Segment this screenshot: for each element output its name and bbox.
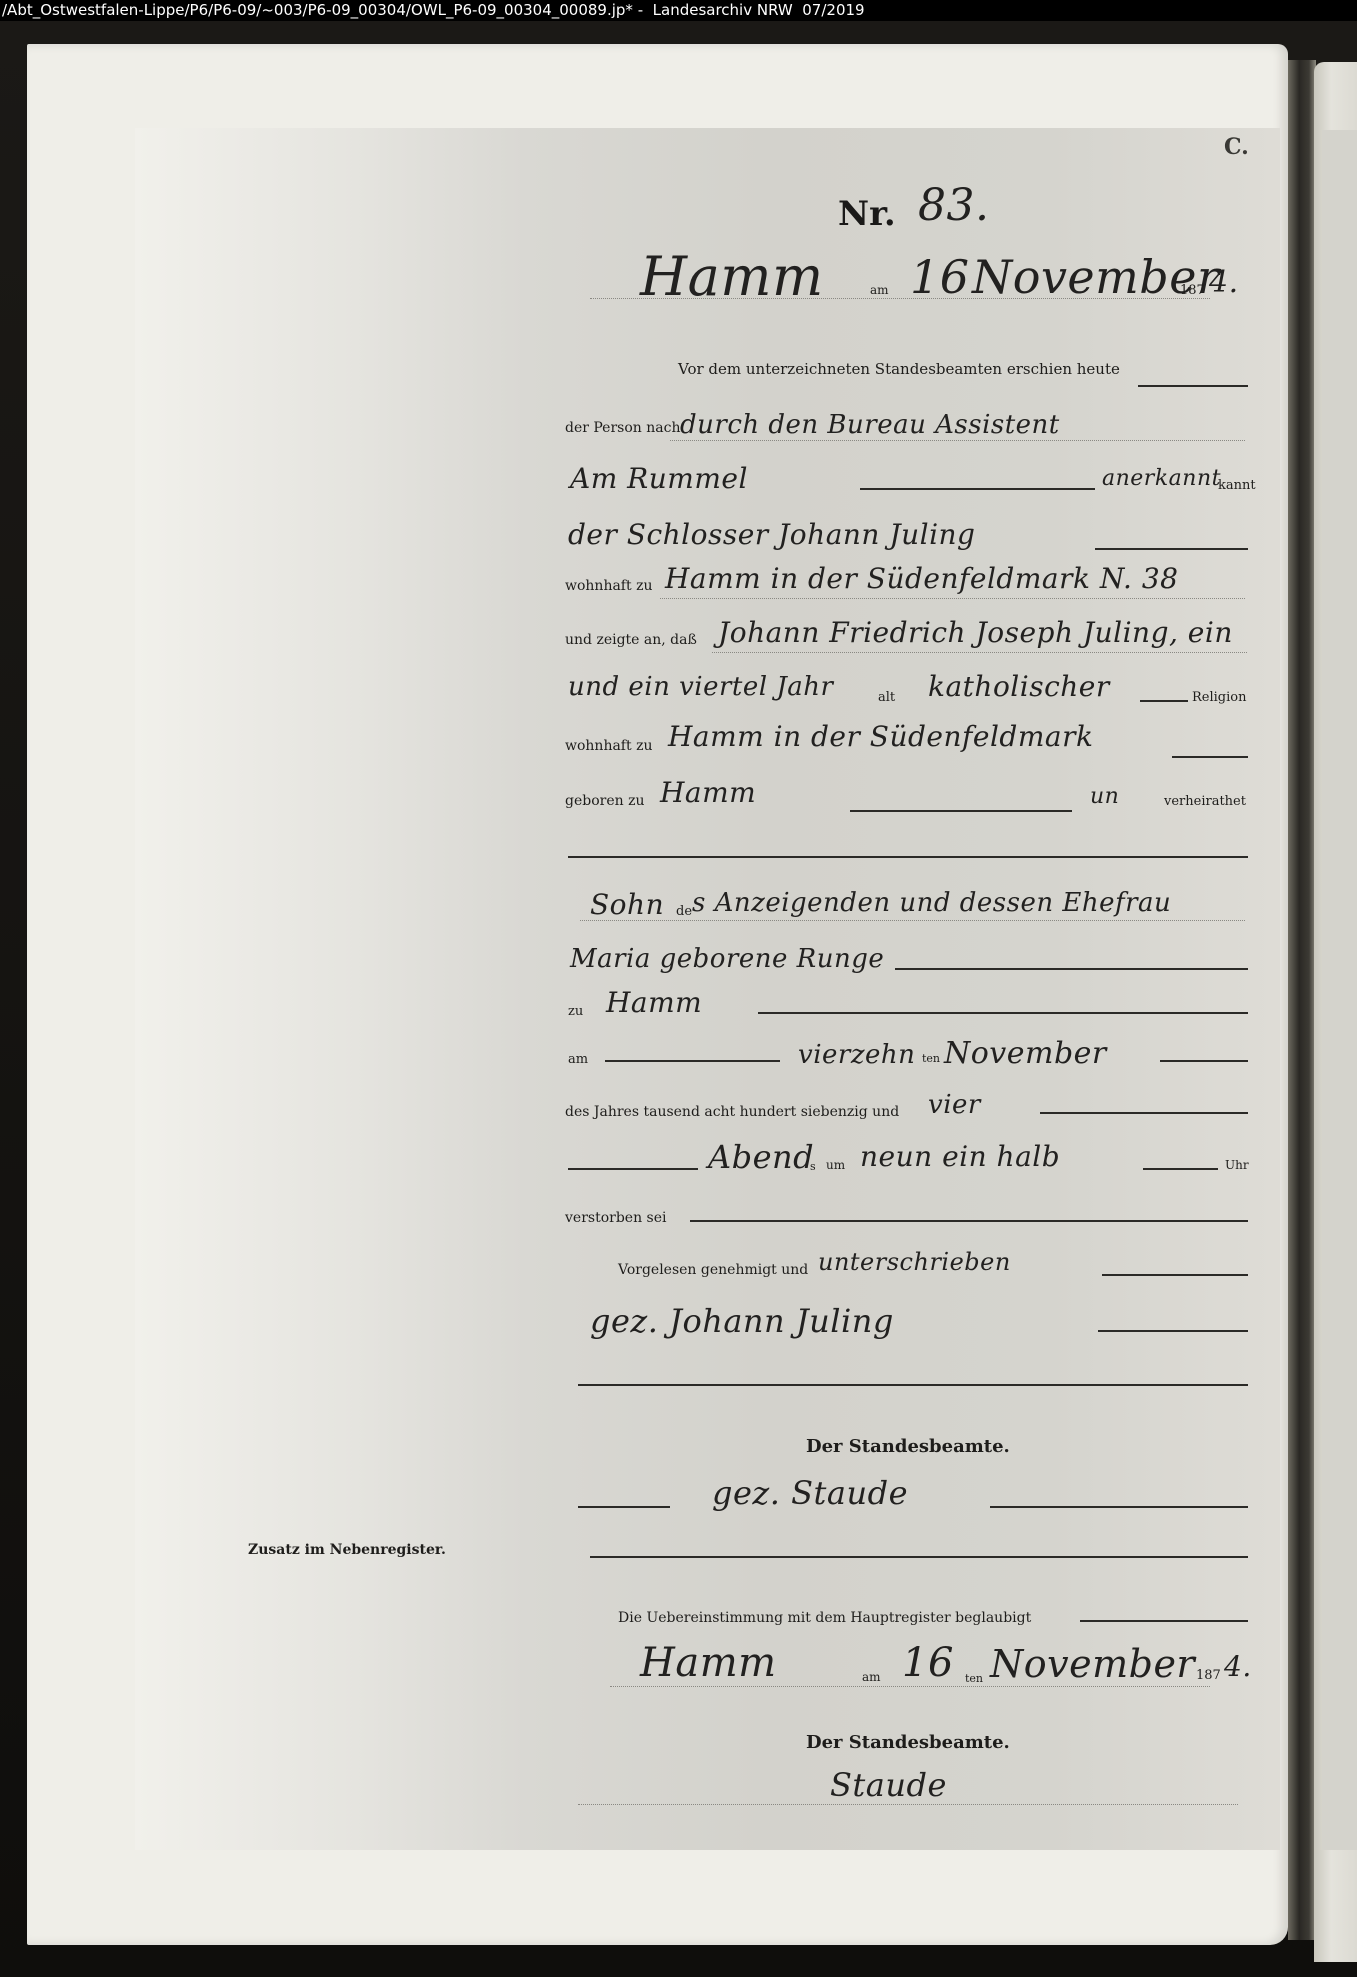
born-value: Hamm: [660, 776, 756, 809]
window-title: /Abt_Ostwestfalen-Lippe/P6/P6-09/~003/P6…: [2, 1, 865, 19]
known-value: anerkannt: [1102, 466, 1221, 491]
year-prefix: 187: [1180, 283, 1205, 298]
deceased-name: Johann Friedrich Joseph Juling, ein: [718, 616, 1233, 649]
cert-place: Hamm: [640, 1640, 777, 1686]
deceased-residence-value: Hamm in der Südenfeldmark: [668, 720, 1093, 753]
religion-rule: [1140, 700, 1188, 702]
parents-rule-2: [895, 968, 1248, 970]
time-of-day-rule: [568, 1168, 698, 1170]
cert-year-suffix: 4.: [1224, 1650, 1252, 1683]
married-label: verheirathet: [1164, 794, 1246, 809]
read-rule: [1102, 1274, 1248, 1276]
form-letter: C.: [1224, 134, 1249, 160]
intro-text: Vor dem unterzeichneten Standesbeamten e…: [678, 360, 1120, 378]
cert-ten: ten: [965, 1672, 983, 1685]
cert-month: November: [990, 1642, 1195, 1686]
death-day-suffix: ten: [922, 1052, 940, 1065]
died-rule: [690, 1220, 1248, 1222]
parents-line-2: Maria geborene Runge: [570, 944, 884, 974]
zu-value: Hamm: [606, 986, 702, 1019]
adjacent-page: [1314, 62, 1357, 1962]
declarant-rule: [1095, 548, 1248, 550]
religion-value: katholischer: [928, 670, 1110, 703]
person-value-2: Am Rummel: [570, 462, 748, 495]
registrar-heading: Der Standesbeamte.: [806, 1436, 1010, 1457]
uhr-label: Uhr: [1225, 1158, 1249, 1172]
signature-rule: [1098, 1330, 1248, 1332]
um-label: um: [826, 1158, 845, 1172]
certification-rule: [1080, 1620, 1248, 1622]
registrar-rule-right: [990, 1506, 1248, 1508]
age-value: und ein viertel Jahr: [568, 672, 833, 702]
registrar-signature-2: Staude: [830, 1766, 947, 1804]
age-label: alt: [878, 690, 895, 705]
cert-year-prefix: 187: [1196, 1668, 1221, 1683]
side-note: Zusatz im Nebenregister.: [248, 1542, 446, 1558]
declarant: der Schlosser Johann Juling: [568, 518, 975, 551]
declarant-signature: gez. Johann Juling: [590, 1302, 894, 1340]
deceased-residence-label: wohnhaft zu: [565, 738, 652, 754]
married-value: un: [1090, 784, 1119, 809]
record-number-label: Nr.: [838, 194, 896, 234]
record-day: 16: [910, 250, 970, 304]
uhr-rule: [1143, 1168, 1218, 1170]
time-value: neun ein halb: [860, 1140, 1060, 1173]
read-value: unterschrieben: [818, 1248, 1011, 1276]
year-suffix: 4.: [1209, 265, 1239, 300]
book-gutter: [1288, 60, 1316, 1940]
time-of-day: Abend: [708, 1138, 814, 1176]
registrar-signature: gez. Staude: [712, 1474, 908, 1512]
residence-value: Hamm in der Südenfeldmark N. 38: [665, 562, 1178, 595]
residence-rule: [660, 598, 1245, 599]
signature-underline: [578, 1384, 1248, 1386]
person-value: durch den Bureau Assistent: [680, 410, 1060, 440]
blank-rule: [568, 856, 1248, 858]
registrar-heading-2: Der Standesbeamte.: [806, 1732, 1010, 1753]
person-rule: [670, 440, 1245, 441]
residence-label: wohnhaft zu: [565, 578, 652, 594]
read-label: Vorgelesen genehmigt und: [618, 1262, 808, 1278]
record-print: [135, 128, 1280, 1850]
parents-son: Sohn: [590, 888, 664, 921]
known-rule: [860, 488, 1095, 490]
death-day: vierzehn: [798, 1040, 915, 1070]
death-am-label: am: [568, 1052, 588, 1067]
parents-line-1: s Anzeigenden und dessen Ehefrau: [692, 888, 1171, 918]
cert-am: am: [862, 1670, 881, 1684]
born-rule: [850, 810, 1072, 812]
born-label: geboren zu: [565, 793, 644, 809]
person-label: der Person nach: [565, 420, 680, 436]
year-text-value: vier: [928, 1090, 981, 1120]
date-am-label: am: [870, 283, 889, 297]
window-title-bar: /Abt_Ostwestfalen-Lippe/P6/P6-09/~003/P6…: [0, 0, 1357, 21]
known-label: kannt: [1218, 478, 1256, 493]
report-label: und zeigte an, daß: [565, 632, 697, 648]
time-of-day-suffix: s: [810, 1160, 816, 1173]
death-am-rule: [605, 1060, 780, 1062]
final-rule: [578, 1804, 1238, 1805]
deceased-name-rule: [712, 652, 1247, 653]
date-rule: [590, 298, 1210, 299]
cert-rule: [610, 1686, 1210, 1687]
death-month: November: [944, 1036, 1107, 1071]
record-number-value: 83.: [918, 180, 989, 231]
parents-de: de: [676, 904, 692, 919]
parents-rule-1: [580, 920, 1245, 921]
religion-label: Religion: [1192, 690, 1246, 705]
year-text-rule: [1040, 1112, 1248, 1114]
death-month-rule: [1160, 1060, 1248, 1062]
intro-rule: [1138, 385, 1248, 387]
zu-rule: [758, 1012, 1248, 1014]
year-text-label: des Jahres tausend acht hundert siebenzi…: [565, 1104, 899, 1120]
registrar-underline: [590, 1556, 1248, 1558]
registrar-rule-left: [578, 1506, 670, 1508]
deceased-residence-rule: [1172, 756, 1248, 758]
cert-day: 16: [902, 1640, 954, 1686]
died-label: verstorben sei: [565, 1210, 666, 1226]
certification-text: Die Uebereinstimmung mit dem Hauptregist…: [618, 1610, 1031, 1626]
zu-label: zu: [568, 1004, 583, 1019]
